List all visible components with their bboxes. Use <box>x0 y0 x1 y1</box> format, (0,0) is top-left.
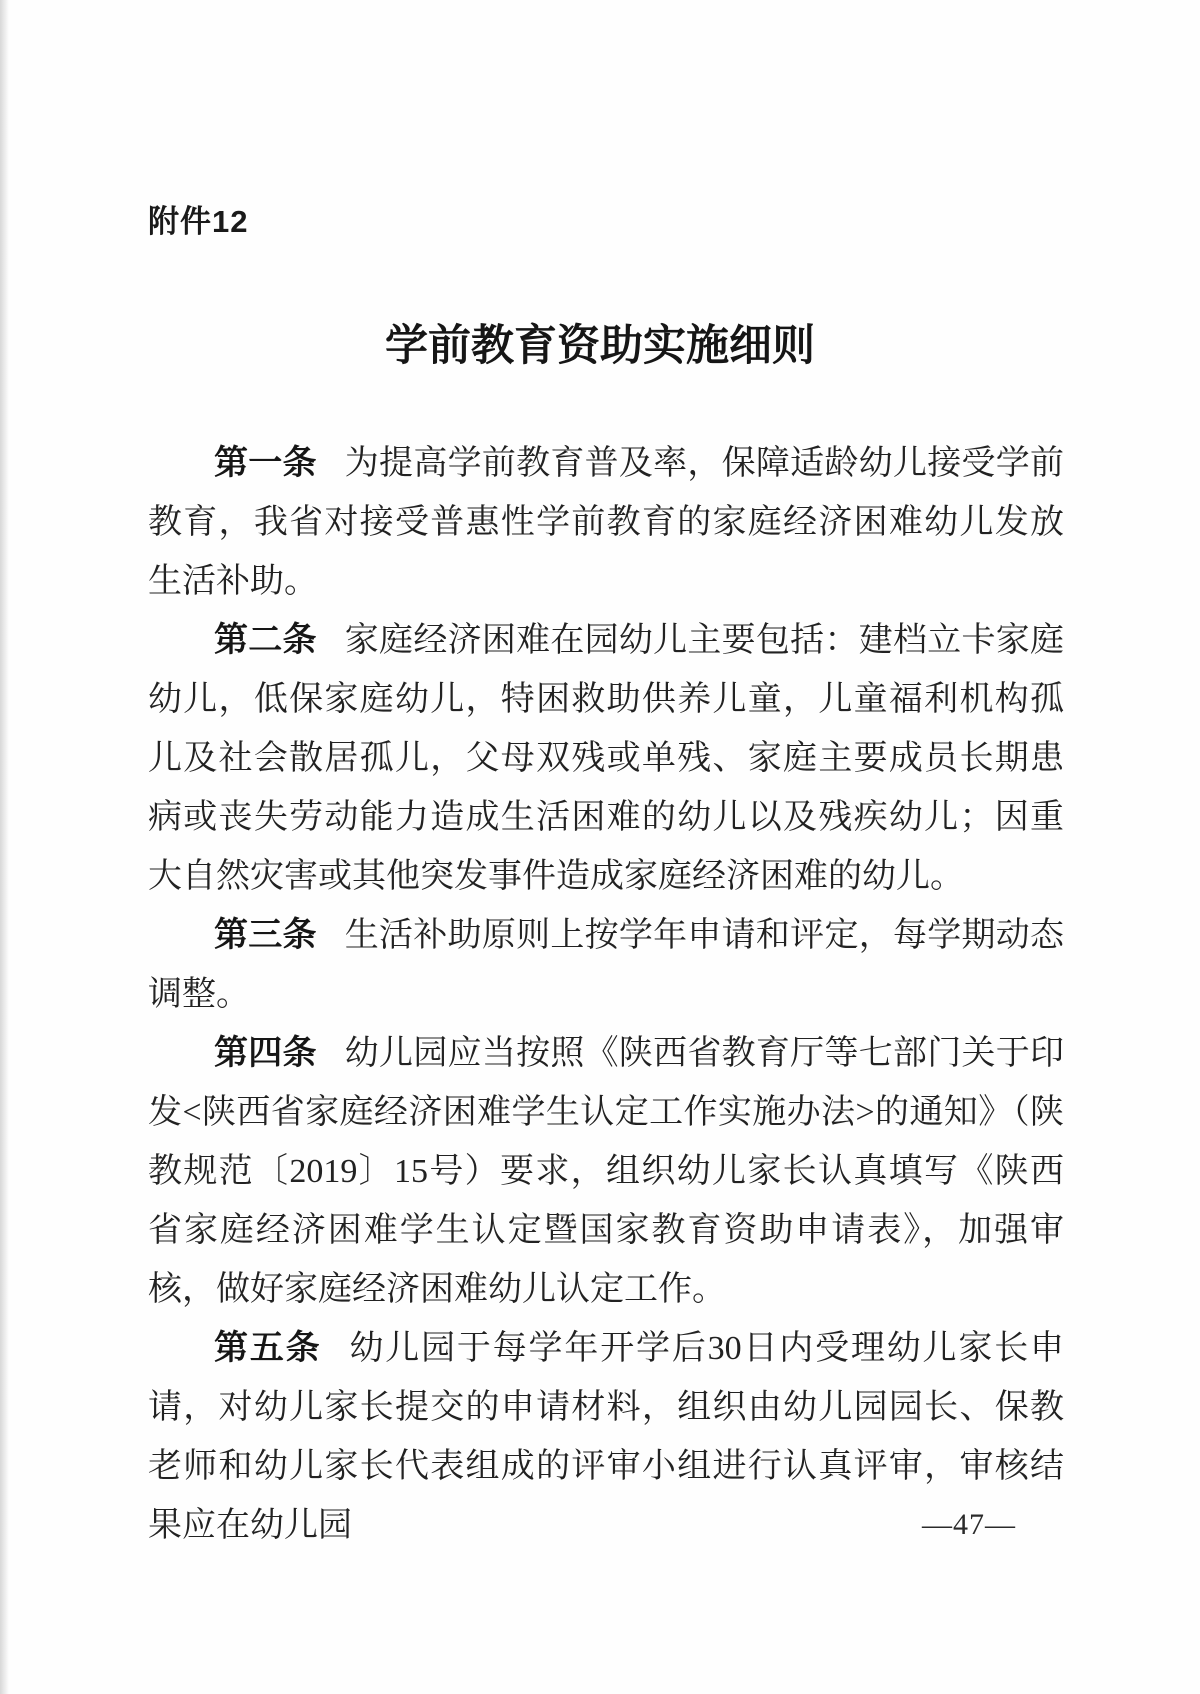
article-3-label: 第三条 <box>214 916 317 954</box>
article-1-label: 第一条 <box>214 444 317 482</box>
article-2-label: 第二条 <box>214 621 317 659</box>
article-paragraph: 第二条家庭经济困难在园幼儿主要包括：建档立卡家庭幼儿，低保家庭幼儿，特困救助供养… <box>148 611 1064 906</box>
attachment-label: 附件12 <box>148 196 248 241</box>
document-body: 第一条为提高学前教育普及率，保障适龄幼儿接受学前教育，我省对接受普惠性学前教育的… <box>148 434 1064 1555</box>
document-title: 学前教育资助实施细则 <box>0 312 1200 373</box>
article-5-label: 第五条 <box>214 1329 321 1367</box>
article-paragraph: 第一条为提高学前教育普及率，保障适龄幼儿接受学前教育，我省对接受普惠性学前教育的… <box>148 434 1064 611</box>
article-4-label: 第四条 <box>214 1034 317 1072</box>
article-4-text: 幼儿园应当按照《陕西省教育厅等七部门关于印发<陕西省家庭经济困难学生认定工作实施… <box>148 1035 1064 1308</box>
article-2-text: 家庭经济困难在园幼儿主要包括：建档立卡家庭幼儿，低保家庭幼儿，特困救助供养儿童，… <box>148 622 1064 895</box>
article-paragraph: 第三条生活补助原则上按学年申请和评定，每学期动态调整。 <box>148 906 1064 1024</box>
article-paragraph: 第四条幼儿园应当按照《陕西省教育厅等七部门关于印发<陕西省家庭经济困难学生认定工… <box>148 1024 1064 1319</box>
document-page: 附件12 学前教育资助实施细则 第一条为提高学前教育普及率，保障适龄幼儿接受学前… <box>0 0 1200 1694</box>
page-number: —47— <box>922 1508 1016 1542</box>
